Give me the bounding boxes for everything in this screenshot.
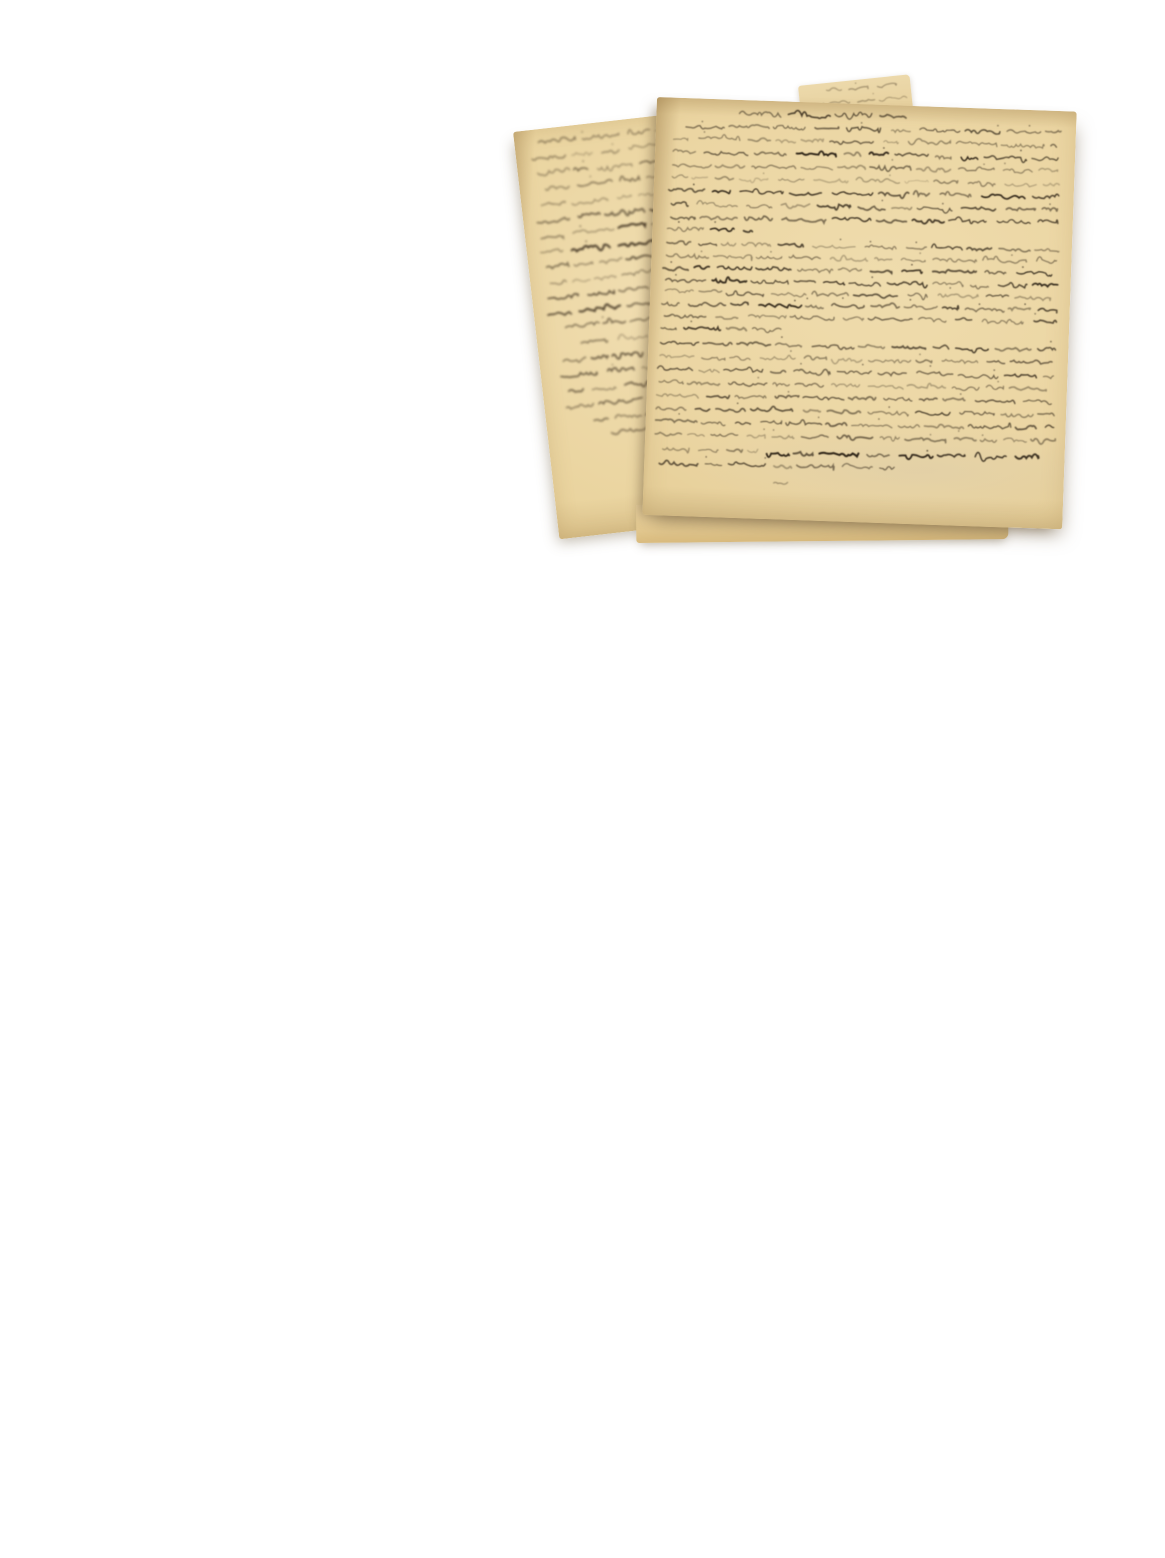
- handwriting-right-page: [642, 97, 1076, 529]
- manuscript-page-right: [642, 97, 1076, 529]
- photo-canvas: [0, 0, 1165, 1558]
